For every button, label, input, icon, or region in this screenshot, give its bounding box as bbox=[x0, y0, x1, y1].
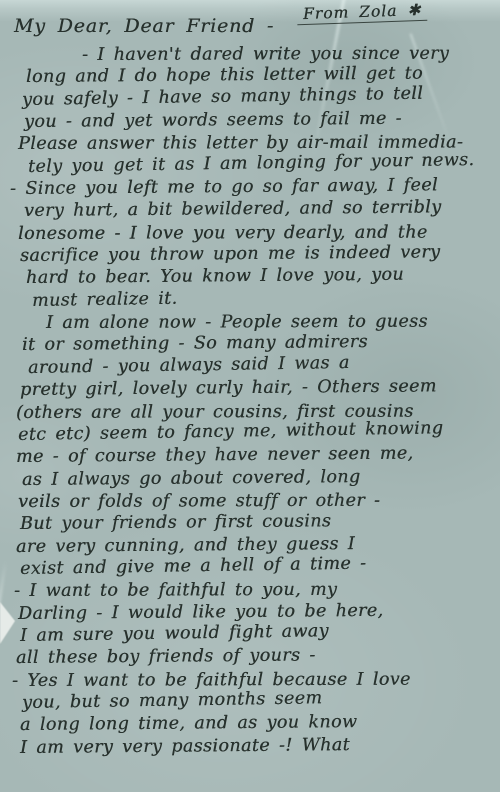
letter-line: all these boy friends of yours - bbox=[16, 643, 500, 670]
greeting-line: My Dear, Dear Friend - bbox=[14, 15, 274, 37]
letter-line: very hurt, a bit bewildered, and so terr… bbox=[24, 196, 500, 222]
letter-line: pretty girl, lovely curly hair, - Others… bbox=[20, 375, 500, 402]
letter-body: - I haven't dared write you since very l… bbox=[10, 44, 500, 759]
letter-line: as I always go about covered, long bbox=[22, 464, 500, 491]
sender-annotation: From Zola ✱ bbox=[297, 1, 428, 26]
letter-scan: From Zola ✱ My Dear, Dear Friend - - I h… bbox=[0, 0, 500, 792]
letter-line: I am very very passionate -! What bbox=[20, 732, 500, 759]
letter-line: you - and yet words seems to fail me - bbox=[24, 107, 500, 133]
